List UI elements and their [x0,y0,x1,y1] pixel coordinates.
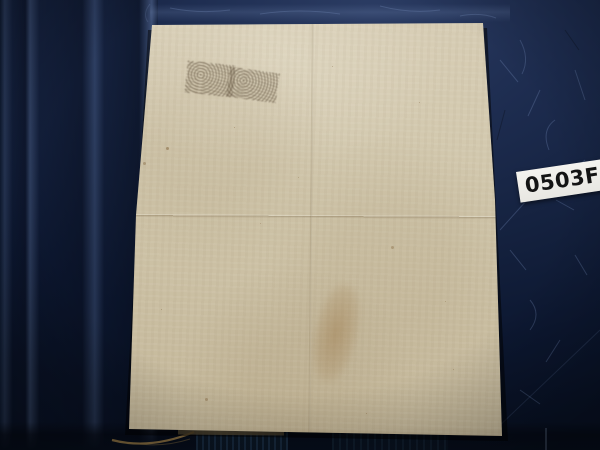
photo-of-document-on-album: 0503F58 [0,0,600,450]
foxing-spots [166,147,169,150]
